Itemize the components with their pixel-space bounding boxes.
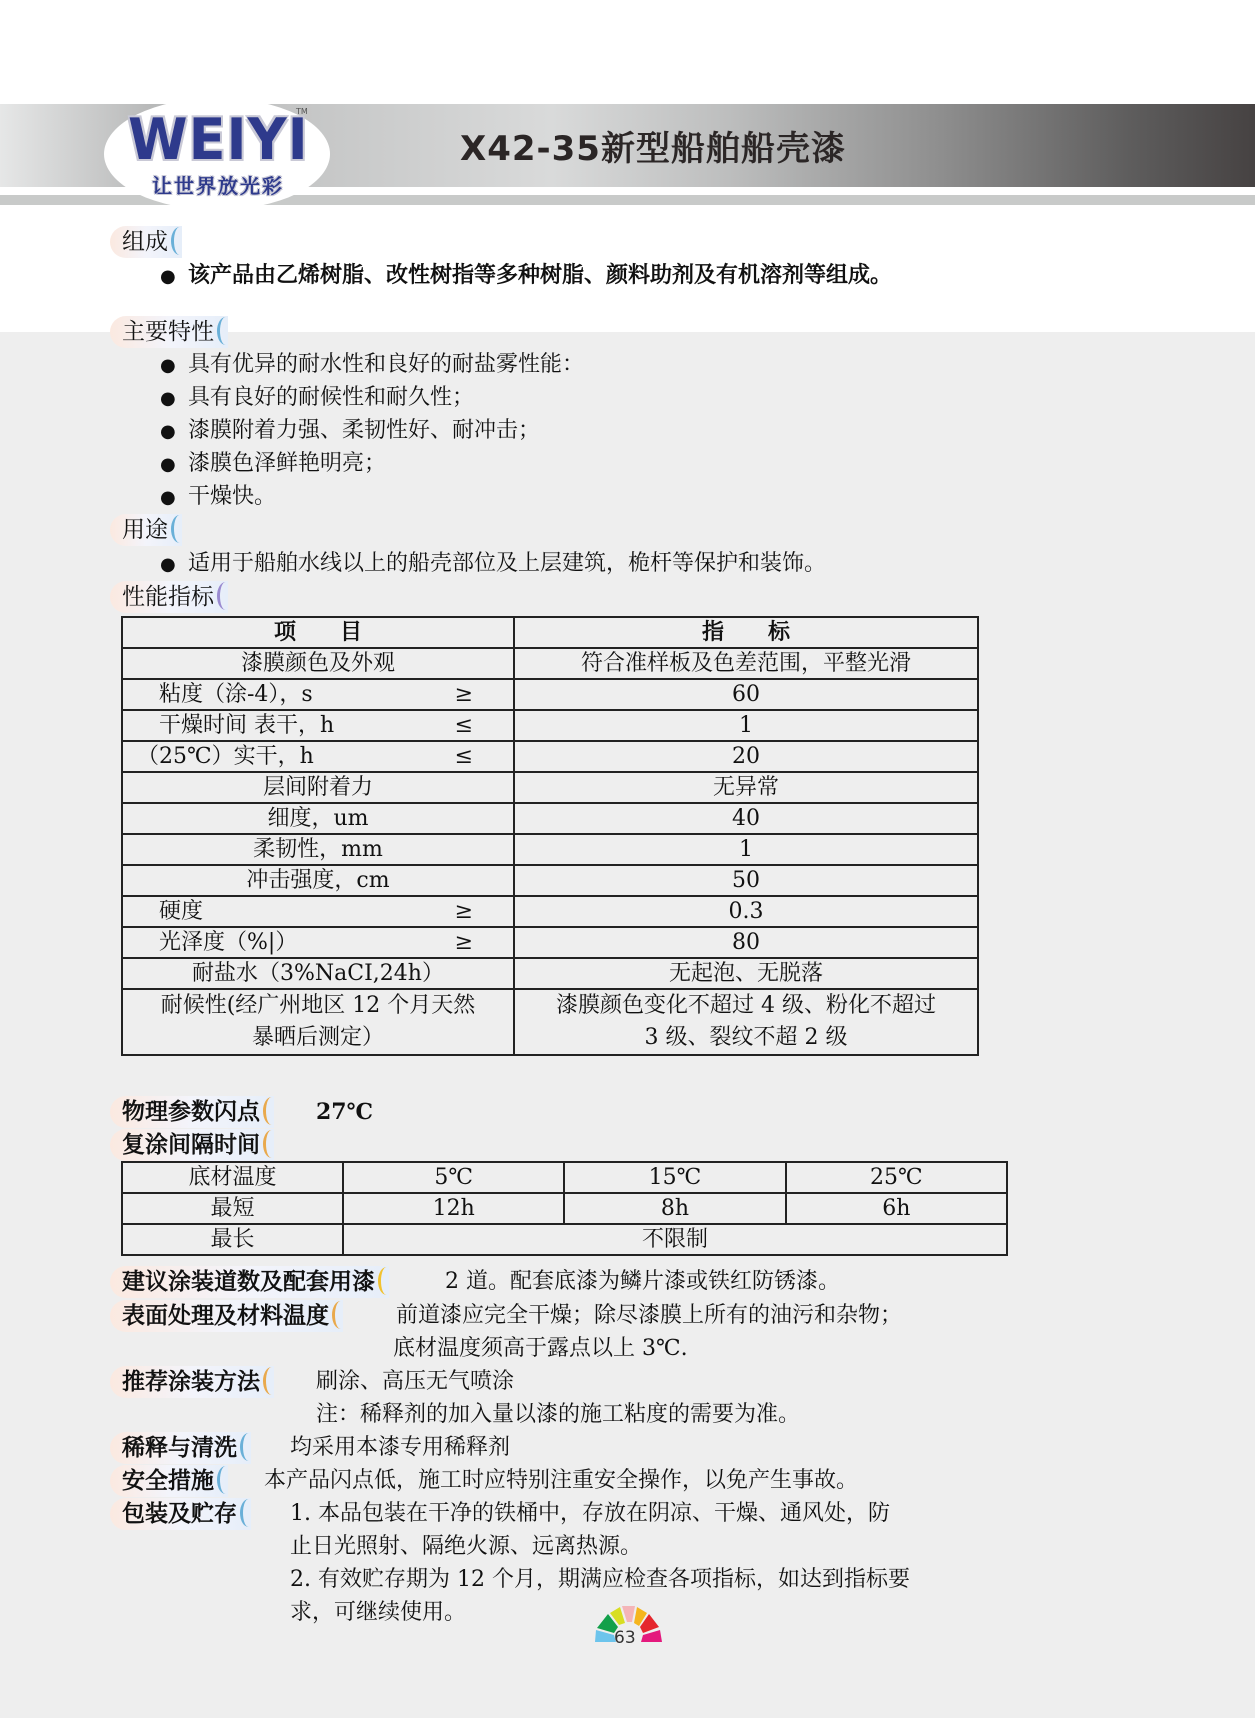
item-cell: 干燥时间 表干，h≤ bbox=[122, 710, 514, 741]
table-row: 干燥时间 表干，h≤ 1 bbox=[122, 710, 978, 741]
value-text-line: 漆膜颜色变化不超过 4 级、粉化不超过 bbox=[515, 990, 977, 1022]
coats-text: 2 道。配套底漆为鳞片漆或铁红防锈漆。 bbox=[445, 1266, 840, 1298]
value-text-line: 3 级、裂纹不超 2 级 bbox=[515, 1022, 977, 1054]
arc-decoration-icon bbox=[217, 317, 234, 345]
section-label-text: 表面处理及材料温度 bbox=[122, 1302, 329, 1329]
value-cell: 符合准样板及色差范围，平整光滑 bbox=[514, 648, 978, 679]
item-text: 硬度 bbox=[159, 897, 203, 926]
arc-decoration-icon bbox=[217, 1466, 234, 1494]
trademark-mark: TM bbox=[296, 107, 308, 116]
item-cell: 耐候性(经广州地区 12 个月天然 暴晒后测定） bbox=[122, 989, 514, 1055]
section-label-text: 物理参数闪点 bbox=[122, 1098, 260, 1125]
section-label-usage: 用途 bbox=[110, 514, 182, 546]
item-text-line: 暴晒后测定） bbox=[123, 1022, 513, 1054]
column-header-item: 项 目 bbox=[122, 617, 514, 648]
comparator: ≤ bbox=[455, 711, 473, 740]
item-cell: （25℃）实干，h≤ bbox=[122, 741, 514, 772]
section-label-text: 性能指标 bbox=[122, 584, 214, 610]
method-text: 刷涂、高压无气喷涂 bbox=[316, 1366, 514, 1398]
arc-decoration-icon bbox=[171, 515, 188, 543]
temp-cell: 5℃ bbox=[343, 1162, 564, 1193]
table-row: 最短 12h 8h 6h bbox=[122, 1193, 1007, 1224]
value-cell: 60 bbox=[514, 679, 978, 710]
value-cell: 20 bbox=[514, 741, 978, 772]
item-cell: 粘度（涂-4），s≥ bbox=[122, 679, 514, 710]
comparator: ≥ bbox=[455, 928, 473, 957]
max-value-cell: 不限制 bbox=[343, 1224, 1007, 1255]
section-label-features: 主要特性 bbox=[110, 316, 228, 348]
table-row: 光泽度（%|）≥ 80 bbox=[122, 927, 978, 958]
section-label-performance: 性能指标 bbox=[110, 581, 228, 613]
item-text-line: 耐候性(经广州地区 12 个月天然 bbox=[123, 990, 513, 1022]
value-cell: 1 bbox=[514, 834, 978, 865]
section-label-thinner: 稀释与清洗 bbox=[110, 1432, 251, 1464]
table-row: 粘度（涂-4），s≥ 60 bbox=[122, 679, 978, 710]
item-cell: 光泽度（%|）≥ bbox=[122, 927, 514, 958]
section-label-text: 主要特性 bbox=[122, 319, 214, 345]
item-text: （25℃）实干，h bbox=[137, 742, 314, 771]
item-cell: 耐盐水（3%NaCI,24h） bbox=[122, 958, 514, 989]
table-row: 细度，um 40 bbox=[122, 803, 978, 834]
value-cell: 50 bbox=[514, 865, 978, 896]
item-text: 干燥时间 表干，h bbox=[159, 711, 334, 740]
item-cell: 层间附着力 bbox=[122, 772, 514, 803]
arc-decoration-icon bbox=[217, 582, 234, 610]
arc-decoration-icon bbox=[263, 1097, 280, 1125]
table-row: 硬度≥ 0.3 bbox=[122, 896, 978, 927]
section-label-method: 推荐涂装方法 bbox=[110, 1366, 274, 1398]
value-cell: 1 bbox=[514, 710, 978, 741]
surface-text-line1: 前道漆应完全干燥；除尽漆膜上所有的油污和杂物； bbox=[396, 1300, 902, 1332]
comparator: ≤ bbox=[455, 742, 473, 771]
column-header-spec: 指 标 bbox=[514, 617, 978, 648]
table-row: 底材温度 5℃ 15℃ 25℃ bbox=[122, 1162, 1007, 1193]
feature-bullet: 具有良好的耐候性和耐久性； bbox=[160, 382, 474, 415]
value-cell: 80 bbox=[514, 927, 978, 958]
comparator: ≥ bbox=[455, 897, 473, 926]
storage-text-line4: 求，可继续使用。 bbox=[290, 1597, 466, 1629]
thinner-text: 均采用本漆专用稀释剂 bbox=[290, 1432, 510, 1464]
min-value-cell: 6h bbox=[786, 1193, 1007, 1224]
min-value-cell: 12h bbox=[343, 1193, 564, 1224]
section-label-text: 安全措施 bbox=[122, 1467, 214, 1494]
surface-text-line2: 底材温度须高于露点以上 3℃. bbox=[393, 1333, 688, 1365]
section-label-text: 建议涂装道数及配套用漆 bbox=[122, 1268, 375, 1295]
table-row: 冲击强度，cm 50 bbox=[122, 865, 978, 896]
section-label-text: 用途 bbox=[122, 517, 168, 543]
arc-decoration-icon bbox=[240, 1499, 257, 1527]
section-label-text: 组成 bbox=[122, 229, 168, 255]
section-label-composition: 组成 bbox=[110, 226, 182, 258]
arc-decoration-icon bbox=[240, 1433, 257, 1461]
table-row: 漆膜颜色及外观 符合准样板及色差范围，平整光滑 bbox=[122, 648, 978, 679]
storage-text-line1: 1. 本品包装在干净的铁桶中，存放在阴凉、干燥、通风处，防 bbox=[290, 1498, 890, 1530]
table-row: （25℃）实干，h≤ 20 bbox=[122, 741, 978, 772]
brand-logo: WEIYI bbox=[128, 109, 308, 172]
composition-bullet: 该产品由乙烯树脂、改性树指等多种树脂、颜料助剂及有机溶剂等组成。 bbox=[160, 259, 892, 293]
arc-decoration-icon bbox=[171, 227, 188, 255]
page-number: 63 bbox=[614, 1628, 636, 1648]
table-row: 柔韧性，mm 1 bbox=[122, 834, 978, 865]
table-header-row: 项 目 指 标 bbox=[122, 617, 978, 648]
section-label-text: 推荐涂装方法 bbox=[122, 1368, 260, 1395]
arc-decoration-icon bbox=[263, 1130, 280, 1158]
method-note: 注：稀释剂的加入量以漆的施工粘度的需要为准。 bbox=[316, 1399, 800, 1431]
value-cell: 无异常 bbox=[514, 772, 978, 803]
section-label-safety: 安全措施 bbox=[110, 1465, 228, 1497]
table-row: 层间附着力 无异常 bbox=[122, 772, 978, 803]
arc-decoration-icon bbox=[263, 1367, 280, 1395]
flash-point-value: 27℃ bbox=[316, 1096, 373, 1128]
item-text: 粘度（涂-4），s bbox=[159, 680, 313, 709]
storage-text-line3: 2. 有效贮存期为 12 个月，期满应检查各项指标，如达到指标要 bbox=[290, 1564, 910, 1596]
value-cell: 无起泡、无脱落 bbox=[514, 958, 978, 989]
item-cell: 漆膜颜色及外观 bbox=[122, 648, 514, 679]
value-cell: 0.3 bbox=[514, 896, 978, 927]
table-row: 耐候性(经广州地区 12 个月天然 暴晒后测定） 漆膜颜色变化不超过 4 级、粉… bbox=[122, 989, 978, 1055]
safety-text: 本产品闪点低，施工时应特别注重安全操作，以免产生事故。 bbox=[264, 1465, 858, 1497]
item-cell: 硬度≥ bbox=[122, 896, 514, 927]
value-cell: 40 bbox=[514, 803, 978, 834]
brand-slogan: 让世界放光彩 bbox=[132, 170, 304, 199]
section-label-recoat-interval: 复涂间隔时间 bbox=[110, 1129, 274, 1161]
section-label-flash-point: 物理参数闪点 bbox=[110, 1096, 274, 1128]
feature-bullet: 漆膜附着力强、柔韧性好、耐冲击； bbox=[160, 415, 540, 448]
usage-bullet: 适用于船舶水线以上的船壳部位及上层建筑，桅杆等保护和装饰。 bbox=[160, 548, 826, 581]
section-label-text: 复涂间隔时间 bbox=[122, 1131, 260, 1158]
section-label-text: 包装及贮存 bbox=[122, 1500, 237, 1527]
section-label-text: 稀释与清洗 bbox=[122, 1434, 237, 1461]
table-row: 耐盐水（3%NaCI,24h） 无起泡、无脱落 bbox=[122, 958, 978, 989]
temp-cell: 25℃ bbox=[786, 1162, 1007, 1193]
recoat-interval-table: 底材温度 5℃ 15℃ 25℃ 最短 12h 8h 6h 最长 不限制 bbox=[121, 1161, 1008, 1256]
comparator: ≥ bbox=[455, 680, 473, 709]
arc-decoration-icon bbox=[378, 1267, 395, 1295]
temp-label-cell: 底材温度 bbox=[122, 1162, 343, 1193]
item-cell: 细度，um bbox=[122, 803, 514, 834]
temp-cell: 15℃ bbox=[564, 1162, 785, 1193]
section-label-coats: 建议涂装道数及配套用漆 bbox=[110, 1266, 389, 1298]
value-cell: 漆膜颜色变化不超过 4 级、粉化不超过 3 级、裂纹不超 2 级 bbox=[514, 989, 978, 1055]
feature-bullet: 具有优异的耐水性和良好的耐盐雾性能： bbox=[160, 349, 584, 382]
page-title: X42-35新型船舶船壳漆 bbox=[460, 121, 846, 170]
arc-decoration-icon bbox=[332, 1301, 349, 1329]
feature-bullet: 漆膜色泽鲜艳明亮； bbox=[160, 448, 386, 481]
item-cell: 冲击强度，cm bbox=[122, 865, 514, 896]
min-label-cell: 最短 bbox=[122, 1193, 343, 1224]
table-row: 最长 不限制 bbox=[122, 1224, 1007, 1255]
item-text: 光泽度（%|） bbox=[159, 928, 297, 957]
performance-table: 项 目 指 标 漆膜颜色及外观 符合准样板及色差范围，平整光滑 粘度（涂-4），… bbox=[121, 616, 979, 1056]
min-value-cell: 8h bbox=[564, 1193, 785, 1224]
section-label-storage: 包装及贮存 bbox=[110, 1498, 251, 1530]
feature-bullet: 干燥快。 bbox=[160, 481, 276, 514]
storage-text-line2: 止日光照射、隔绝火源、远离热源。 bbox=[290, 1531, 642, 1563]
max-label-cell: 最长 bbox=[122, 1224, 343, 1255]
section-label-surface: 表面处理及材料温度 bbox=[110, 1300, 343, 1332]
item-cell: 柔韧性，mm bbox=[122, 834, 514, 865]
